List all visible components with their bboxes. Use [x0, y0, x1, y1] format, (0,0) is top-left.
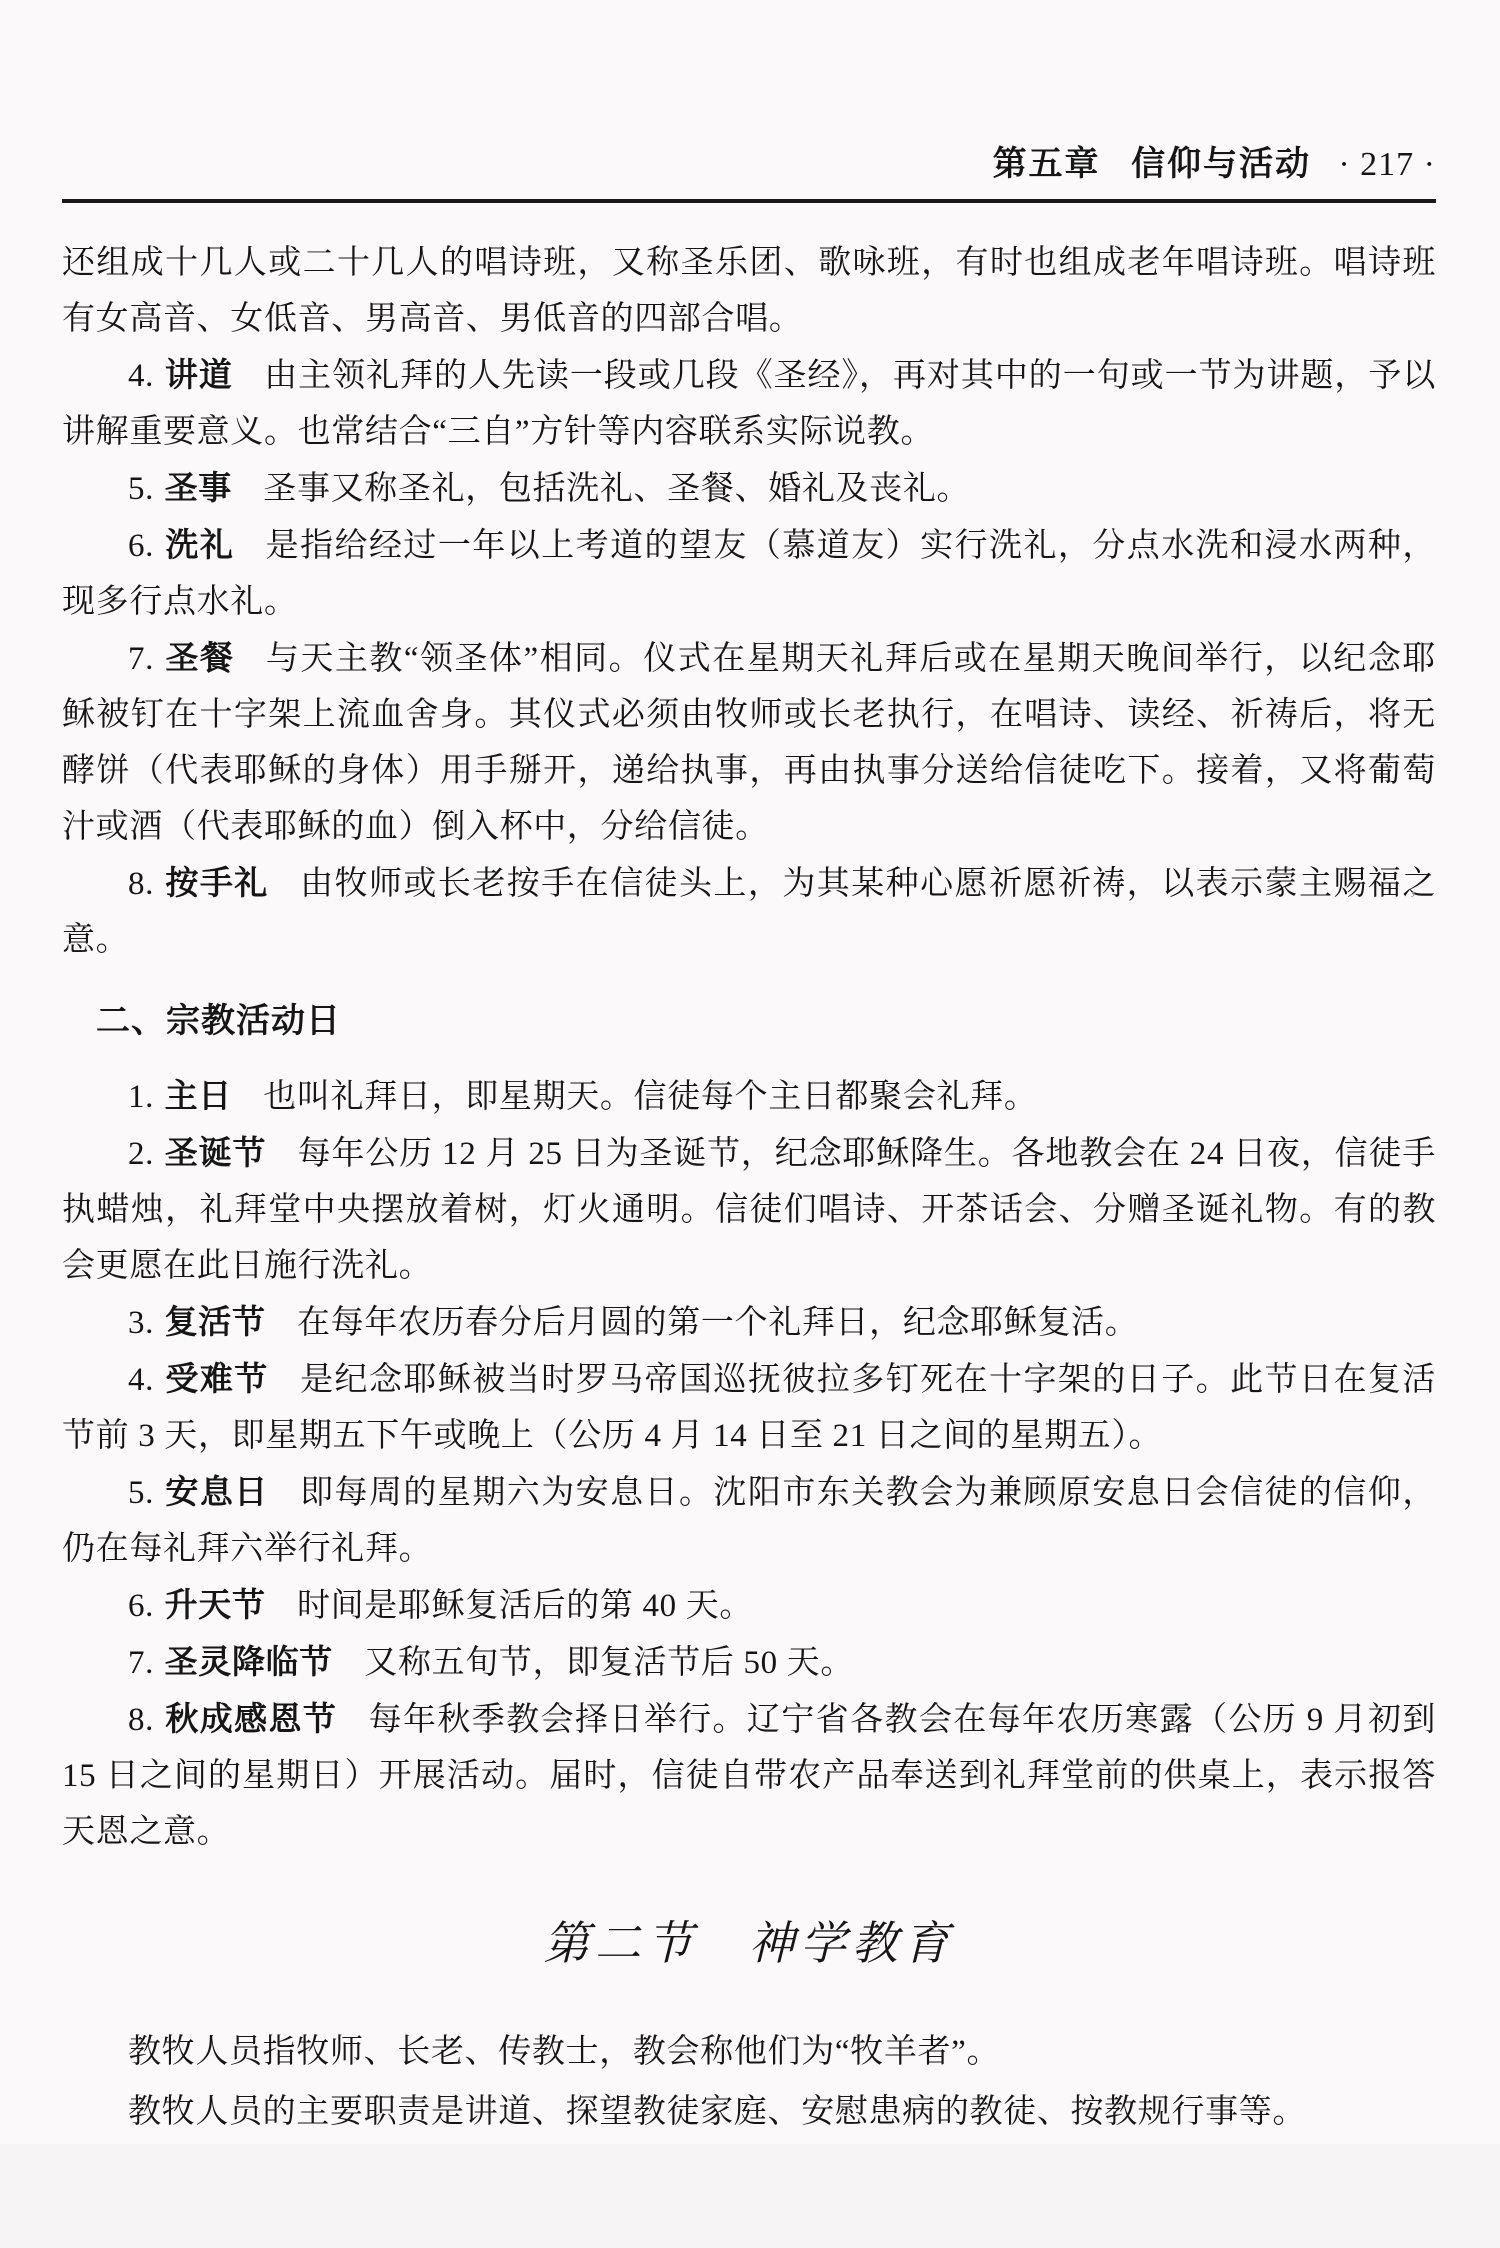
item-text: 又称五旬节，即复活节后 50 天。	[364, 1645, 854, 1681]
item-term: 圣事	[165, 469, 232, 506]
numbered-item-lords-day: 1.主日也叫礼拜日，即星期天。信徒每个主日都聚会礼拜。	[62, 1068, 1436, 1125]
item-number: 6.	[128, 528, 154, 564]
numbered-item-thanksgiving: 8.秋成感恩节每年秋季教会择日举行。辽宁省各教会在每年农历寒露（公历 9 月初到…	[62, 1691, 1436, 1860]
item-text: 每年公历 12 月 25 日为圣诞节，纪念耶稣降生。各地教会在 24 日夜，信徒…	[62, 1136, 1436, 1284]
section-name: 神学教育	[749, 1918, 955, 1969]
subheading-religious-activity-days: 二、宗教活动日	[62, 998, 1436, 1044]
item-term: 讲道	[165, 356, 233, 393]
item-number: 7.	[128, 1645, 154, 1681]
item-term: 圣灵降临节	[165, 1643, 333, 1680]
numbered-item-good-friday: 4.受难节是纪念耶稣被当时罗马帝国巡抚彼拉多钉死在十字架的日子。此节日在复活节前…	[62, 1351, 1436, 1464]
item-term: 主日	[165, 1077, 232, 1114]
item-number: 8.	[128, 1702, 154, 1738]
item-term: 升天节	[165, 1586, 266, 1623]
numbered-item-sabbath: 5.安息日即每周的星期六为安息日。沈阳市东关教会为兼顾原安息日会信徒的信仰，仍在…	[62, 1464, 1436, 1577]
item-term: 受难节	[165, 1360, 269, 1397]
section-label: 第二节	[543, 1918, 698, 1969]
item-term: 圣诞节	[165, 1134, 267, 1171]
numbered-item-christmas: 2.圣诞节每年公历 12 月 25 日为圣诞节，纪念耶稣降生。各地教会在 24 …	[62, 1125, 1436, 1294]
item-text: 是指给经过一年以上考道的望友（慕道友）实行洗礼，分点水洗和浸水两种，现多行点水礼…	[62, 528, 1436, 620]
item-number: 4.	[128, 1362, 154, 1398]
paragraph-pastoral-staff: 教牧人员指牧师、长老、传教士，教会称他们为“牧羊者”。	[62, 2022, 1436, 2082]
scan-speck: ’	[1408, 886, 1415, 912]
item-number: 1.	[128, 1079, 154, 1115]
item-text: 由主领礼拜的人先读一段或几段《圣经》，再对其中的一句或一节为讲题，予以讲解重要意…	[62, 358, 1436, 450]
item-text: 时间是耶稣复活后的第 40 天。	[297, 1588, 753, 1624]
chapter-label: 第五章	[993, 145, 1101, 183]
item-number: 6.	[128, 1588, 154, 1624]
item-term: 圣餐	[165, 639, 235, 676]
numbered-item-pentecost: 7.圣灵降临节又称五旬节，即复活节后 50 天。	[62, 1634, 1436, 1691]
section-intro: 教牧人员指牧师、长老、传教士，教会称他们为“牧羊者”。 教牧人员的主要职责是讲道…	[62, 2022, 1436, 2142]
numbered-item-sermon: 4.讲道由主领礼拜的人先读一段或几段《圣经》，再对其中的一句或一节为讲题，予以讲…	[62, 347, 1436, 460]
item-text: 在每年农历春分后月圆的第一个礼拜日，纪念耶稣复活。	[297, 1305, 1139, 1341]
item-text: 圣事又称圣礼，包括洗礼、圣餐、婚礼及丧礼。	[263, 471, 970, 507]
item-number: 4.	[128, 358, 154, 394]
item-term: 洗礼	[165, 526, 235, 563]
page-number: · 217 ·	[1338, 146, 1436, 183]
item-term: 安息日	[165, 1473, 269, 1510]
numbered-item-baptism: 6.洗礼是指给经过一年以上考道的望友（慕道友）实行洗礼，分点水洗和浸水两种，现多…	[62, 517, 1436, 630]
item-text: 与天主教“领圣体”相同。仪式在星期天礼拜后或在星期天晚间举行，以纪念耶稣被钉在十…	[62, 641, 1436, 845]
item-term: 按手礼	[165, 864, 269, 901]
item-number: 3.	[128, 1305, 154, 1341]
item-term: 秋成感恩节	[165, 1700, 338, 1737]
paragraph-intro: 还组成十几人或二十几人的唱诗班，又称圣乐团、歌咏班，有时也组成老年唱诗班。唱诗班…	[62, 235, 1436, 347]
item-number: 2.	[128, 1136, 154, 1172]
numbered-item-holy-matters: 5.圣事圣事又称圣礼，包括洗礼、圣餐、婚礼及丧礼。	[62, 460, 1436, 517]
numbered-item-easter: 3.复活节在每年农历春分后月圆的第一个礼拜日，纪念耶稣复活。	[62, 1294, 1436, 1351]
page-header: 第五章信仰与活动· 217 ·	[62, 0, 1436, 185]
item-number: 5.	[128, 1475, 154, 1511]
item-number: 7.	[128, 641, 154, 677]
item-number: 8.	[128, 866, 154, 902]
item-term: 复活节	[165, 1303, 266, 1340]
chapter-title: 信仰与活动	[1131, 145, 1311, 183]
numbered-item-ascension: 6.升天节时间是耶稣复活后的第 40 天。	[62, 1577, 1436, 1634]
paragraph-pastoral-duties: 教牧人员的主要职责是讲道、探望教徒家庭、安慰患病的教徒、按教规行事等。	[62, 2082, 1436, 2142]
numbered-item-communion: 7.圣餐与天主教“领圣体”相同。仪式在星期天礼拜后或在星期天晚间举行，以纪念耶稣…	[62, 630, 1436, 855]
item-number: 5.	[128, 471, 154, 507]
section-title-theological-education: 第二节神学教育	[62, 1912, 1436, 1976]
book-page: 第五章信仰与活动· 217 · 还组成十几人或二十几人的唱诗班，又称圣乐团、歌咏…	[0, 0, 1500, 2248]
page-content: 还组成十几人或二十几人的唱诗班，又称圣乐团、歌咏班，有时也组成老年唱诗班。唱诗班…	[62, 235, 1436, 2142]
numbered-item-laying-hands: 8.按手礼由牧师或长老按手在信徒头上，为其某种心愿祈愿祈祷，以表示蒙主赐福之意。	[62, 855, 1436, 968]
header-rule	[62, 199, 1436, 203]
scan-bottom-shade	[0, 2144, 1500, 2248]
item-text: 也叫礼拜日，即星期天。信徒每个主日都聚会礼拜。	[263, 1079, 1037, 1115]
